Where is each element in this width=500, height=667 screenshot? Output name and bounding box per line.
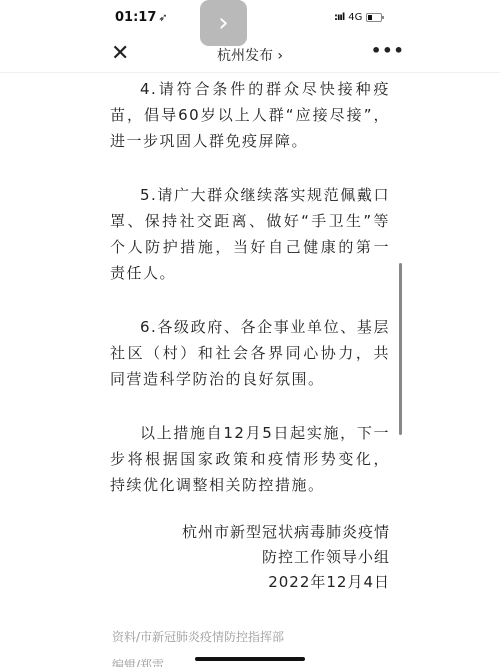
network-type: 4G (348, 12, 362, 23)
nav-bar: ✕ 杭州发布 › ••• (0, 36, 500, 73)
more-options-icon[interactable]: ••• (371, 41, 405, 60)
location-arrow-icon: ➶ (158, 11, 167, 24)
signature-block: 杭州市新型冠状病毒肺炎疫情 防控工作领导小组 2022年12月4日 (110, 520, 390, 595)
chevron-right-icon: › (218, 8, 228, 38)
article-paragraph: 4.请符合条件的群众尽快接种疫苗，倡导60岁以上人群“应接尽接”，进一步巩固人群… (110, 76, 390, 154)
article-paragraph: 6.各级政府、各企事业单位、基层社区（村）和社会各界同心协力，共同营造科学防治的… (110, 314, 390, 392)
time-text: 01:17 (115, 10, 156, 25)
system-indicators: :ııl 4G (334, 12, 382, 23)
editor-credit: 编辑/郑雷 (112, 656, 164, 667)
clock: 01:17➶ (115, 10, 168, 25)
article-body: 4.请符合条件的群众尽快接种疫苗，倡导60岁以上人群“应接尽接”，进一步巩固人群… (110, 76, 390, 595)
signal-bars-icon: :ııl (334, 12, 344, 23)
home-indicator[interactable] (195, 657, 305, 661)
scrollbar[interactable] (399, 263, 402, 435)
article-paragraph: 以上措施自12月5日起实施，下一步将根据国家政策和疫情形势变化，持续优化调整相关… (110, 420, 390, 498)
signature-date: 2022年12月4日 (110, 570, 390, 595)
status-bar: 01:17➶ :ııl 4G (0, 0, 500, 36)
signature-group: 防控工作领导小组 (110, 545, 390, 570)
source-credit: 资料/市新冠肺炎疫情防控指挥部 (112, 628, 284, 645)
account-title-link[interactable]: 杭州发布 › (0, 45, 500, 65)
article-paragraph: 5.请广大群众继续落实规范佩戴口罩、保持社交距离、做好“手卫生”等个人防护措施，… (110, 182, 390, 286)
battery-low-icon (366, 13, 382, 22)
signature-org: 杭州市新型冠状病毒肺炎疫情 (110, 520, 390, 545)
